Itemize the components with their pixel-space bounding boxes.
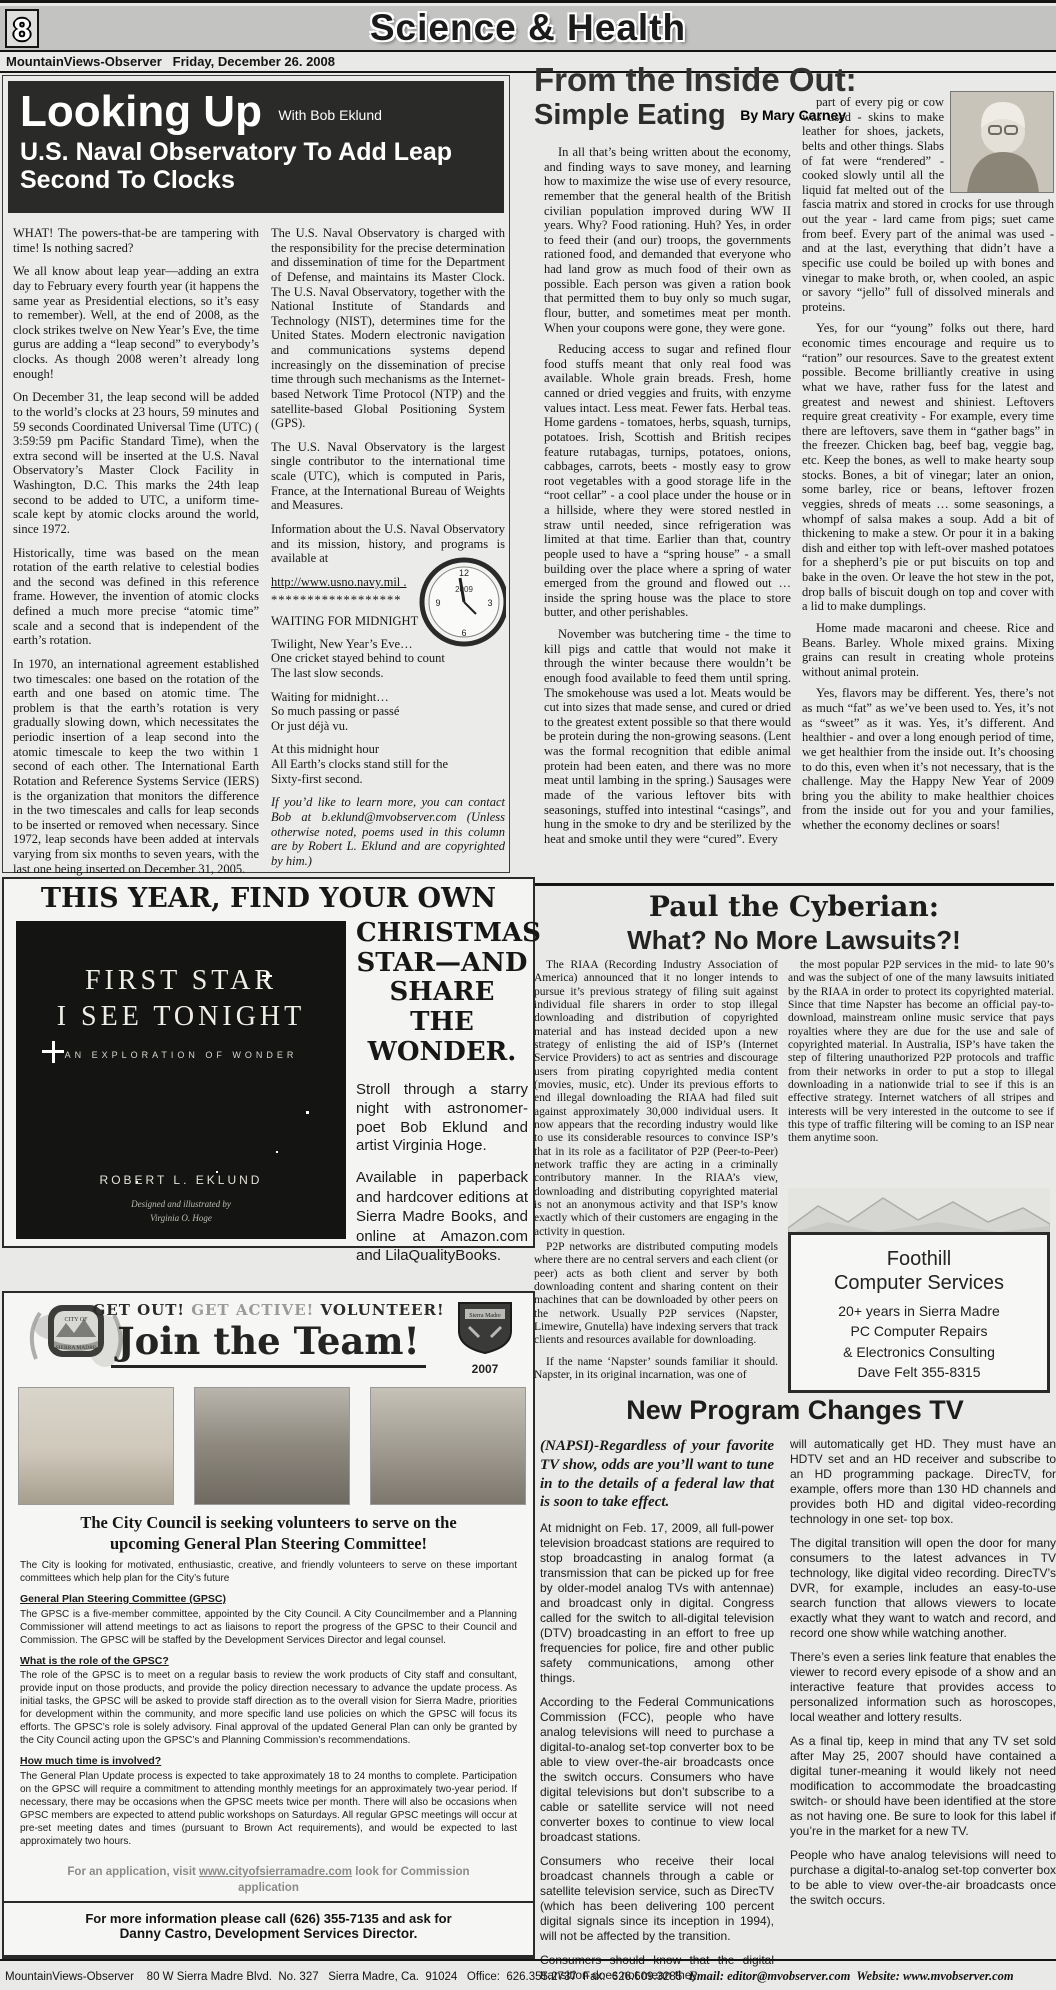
badge-year: 2007 xyxy=(449,1362,521,1376)
ad-headline-line: SHARE THE xyxy=(356,978,528,1037)
ad-text-line: PC Computer Repairs xyxy=(791,1321,1047,1341)
article-headline: U.S. Naval Observatory To Add Leap Secon… xyxy=(20,139,494,194)
article-paragraph: People who have analog televisions will … xyxy=(790,1848,1056,1908)
footer-website-link[interactable]: Website: www.mvobserver.com xyxy=(856,1969,1013,1983)
article-headline: What? No More Lawsuits?! xyxy=(534,925,1054,956)
article-paragraph: Home made macaroni and cheese. Rice and … xyxy=(802,621,1054,680)
banner-get-active: GET ACTIVE! xyxy=(185,1301,320,1319)
book-author: ROBERT L. EKLUND xyxy=(16,1173,346,1187)
ad-headline-line: WONDER. xyxy=(356,1038,528,1068)
article-paragraph: On December 31, the leap second will be … xyxy=(13,390,259,536)
book-credit-line2: Virginia O. Hoge xyxy=(16,1212,346,1226)
ad-headline-rest: CHRISTMASSTAR—ANDSHARE THEWONDER. xyxy=(356,919,528,1067)
poem-stanza-2: Waiting for midnight…So much passing or … xyxy=(271,690,505,734)
role-body: The role of the GPSC is to meet on a reg… xyxy=(20,1669,517,1747)
inside-out-paragraphs: part of every pig or cow was used - skin… xyxy=(802,95,1054,833)
article-paragraph: WHAT! The powers-that-be are tampering w… xyxy=(13,226,259,255)
city-ad-body: The City is looking for motivated, enthu… xyxy=(20,1559,517,1856)
newspaper-page: 8 Science & Health MountainViews-Observe… xyxy=(0,0,1056,1990)
article-paragraph: Consumers who receive their local broadc… xyxy=(540,1854,774,1944)
footer-address: MountainViews-Observer 80 W Sierra Madre… xyxy=(5,1971,689,1983)
park-trees-photo xyxy=(370,1387,526,1505)
poem-line: All Earth’s clocks stand still for the xyxy=(271,757,505,772)
article-paragraph: There’s even a series link feature that … xyxy=(790,1650,1056,1725)
book-title-line1: FIRST STAR xyxy=(16,963,346,999)
book-credit: Designed and illustrated by Virginia O. … xyxy=(16,1198,346,1225)
ad-text-line: & Electronics Consulting xyxy=(791,1342,1047,1362)
article-paragraph: According to the Federal Communications … xyxy=(540,1695,774,1845)
article-paragraph: Yes, for our “young” folks out there, ha… xyxy=(802,321,1054,614)
column-byline: With Bob Eklund xyxy=(278,107,382,123)
article-paragraph: The U.S. Naval Observatory is charged wi… xyxy=(271,226,505,431)
article-paragraph: We all know about leap year—adding an ex… xyxy=(13,264,259,381)
article-paragraph: The digital transition will open the doo… xyxy=(790,1536,1056,1641)
foothill-ad-lines: 20+ years in Sierra MadrePC Computer Rep… xyxy=(791,1301,1047,1382)
ad-text-line: 20+ years in Sierra Madre xyxy=(791,1301,1047,1321)
svg-text:12: 12 xyxy=(459,568,469,578)
sierra-madre-badge: Sierra Madre 2007 xyxy=(449,1297,521,1381)
time-body: The General Plan Update process is expec… xyxy=(20,1770,517,1848)
foothill-computer-services-ad[interactable]: Foothill Computer Services 20+ years in … xyxy=(788,1188,1050,1393)
article-paragraph: The U.S. Naval Observatory is the larges… xyxy=(271,440,505,513)
city-ad-headline-line2: upcoming General Plan Steering Committee… xyxy=(4,1534,533,1555)
article-paragraph: P2P networks are distributed computing m… xyxy=(534,1241,778,1348)
article-paragraph: If the name ‘Napster’ sounds familiar it… xyxy=(534,1356,778,1383)
usno-url-link[interactable]: http://www.usno.navy.mil . xyxy=(271,575,421,590)
column-title: Paul the Cyberian: xyxy=(534,890,1054,923)
article-paragraph: In 1970, an international agreement esta… xyxy=(13,657,259,876)
svg-text:3: 3 xyxy=(487,598,492,608)
clock-2009-image: 12 3 6 9 2009 xyxy=(418,554,506,650)
book-ad-right-column: CHRISTMASSTAR—ANDSHARE THEWONDER. Stroll… xyxy=(356,919,528,1266)
mountain-sketch-image xyxy=(788,1188,1050,1236)
city-ad-intro: The City is looking for motivated, enthu… xyxy=(20,1559,517,1585)
article-from-the-inside-out: From the Inside Out: Simple Eating By Ma… xyxy=(534,61,1054,887)
poem-line: Waiting for midnight… xyxy=(271,690,505,705)
ad-text-line: Dave Felt 355-8315 xyxy=(791,1362,1047,1382)
city-hall-photo xyxy=(18,1387,174,1505)
looking-up-column-2: The U.S. Naval Observatory is charged wi… xyxy=(271,226,505,868)
article-lede: (NAPSI)-Regardless of your favorite TV s… xyxy=(540,1437,774,1512)
application-prefix: For an application, visit xyxy=(67,1866,199,1878)
banner-get-out: GET OUT! xyxy=(92,1301,185,1319)
ad-headline-line: CHRISTMAS xyxy=(356,919,528,949)
masthead-dateline: MountainViews-Observer Friday, December … xyxy=(6,54,335,69)
city-volunteer-ad: CITY OF SIERRA MADRE GET OUT! GET ACTIVE… xyxy=(2,1291,535,1959)
cyberian-column-2: the most popular P2P services in the mid… xyxy=(788,959,1054,1146)
inside-out-column-2: part of every pig or cow was used - skin… xyxy=(802,95,1054,840)
gpsc-body: The GPSC is a five-member committee, app… xyxy=(20,1608,517,1647)
book-tagline: AN EXPLORATION OF WONDER xyxy=(16,1050,346,1060)
poem-line: So much passing or passé xyxy=(271,704,505,719)
clock-year-label: 2009 xyxy=(455,585,473,594)
role-heading: What is the role of the GPSC? xyxy=(20,1655,517,1669)
ad-body-2: Available in paperback and hardcover edi… xyxy=(356,1168,528,1266)
inside-out-column-1: In all that’s being written about the ec… xyxy=(544,145,791,853)
tv-column-1: (NAPSI)-Regardless of your favorite TV s… xyxy=(540,1437,774,1990)
ad-headline-top: THIS YEAR, FIND YOUR OWN xyxy=(4,883,533,914)
banner-volunteer: VOLUNTEER! xyxy=(320,1301,444,1319)
ad-body-1: Stroll through a starry night with astro… xyxy=(356,1081,528,1156)
info-line-1: For more information please call (626) 3… xyxy=(4,1911,533,1926)
time-heading: How much time is involved? xyxy=(20,1755,517,1769)
contact-info-box: For more information please call (626) 3… xyxy=(2,1901,535,1957)
section-header-bar: 8 Science & Health xyxy=(0,6,1056,52)
article-paragraph: Historically, time was based on the mean… xyxy=(13,546,259,648)
poem-stanza-3: At this midnight hourAll Earth’s clocks … xyxy=(271,742,505,786)
article-paragraph: At midnight on Feb. 17, 2009, all full-p… xyxy=(540,1521,774,1686)
article-paragraph: will automatically get HD. They must hav… xyxy=(790,1437,1056,1527)
christmas-star-book-ad[interactable]: THIS YEAR, FIND YOUR OWN FIRST STAR I SE… xyxy=(2,877,535,1248)
article-new-program-changes-tv: New Program Changes TV (NAPSI)-Regardles… xyxy=(534,1395,1056,1955)
article-headline: New Program Changes TV xyxy=(534,1395,1056,1426)
column-title: Looking Up xyxy=(20,87,262,137)
section-divider-rule xyxy=(534,883,1054,886)
application-instructions: For an application, visit www.cityofsier… xyxy=(4,1865,533,1896)
article-paul-the-cyberian: Paul the Cyberian: What? No More Lawsuit… xyxy=(534,883,1054,956)
poem-line: One cricket stayed behind to count xyxy=(271,651,505,666)
svg-text:9: 9 xyxy=(435,598,440,608)
article-paragraph: The RIAA (Recording Industry Association… xyxy=(534,959,778,1239)
gpsc-heading: General Plan Steering Committee (GPSC) xyxy=(20,1593,517,1607)
poem-line: Or just déjà vu. xyxy=(271,719,505,734)
article-paragraph: Yes, flavors may be different. Yes, ther… xyxy=(802,686,1054,832)
info-line-2: Danny Castro, Development Services Direc… xyxy=(4,1926,533,1941)
join-the-team-text: Join the Team! xyxy=(111,1319,426,1368)
city-photos-row xyxy=(18,1387,523,1505)
looking-up-column-1: WHAT! The powers-that-be are tampering w… xyxy=(13,226,259,885)
footer: MountainViews-Observer 80 W Sierra Madre… xyxy=(5,1969,1055,1984)
section-title: Science & Health xyxy=(0,7,1056,49)
footer-email-link[interactable]: Email: editor@mvobserver.com xyxy=(689,1969,857,1983)
street-scene-photo xyxy=(194,1387,350,1505)
city-ad-headline: The City Council is seeking volunteers t… xyxy=(4,1513,533,1554)
foothill-ad-box: Foothill Computer Services 20+ years in … xyxy=(788,1232,1050,1393)
ad-headline-line: STAR—AND xyxy=(356,949,528,979)
poem-line: Sixty-first second. xyxy=(271,772,505,787)
svg-text:6: 6 xyxy=(461,628,466,638)
book-title-line2: I SEE TONIGHT xyxy=(16,999,346,1035)
article-paragraph: November was butchering time - the time … xyxy=(544,627,791,846)
article-looking-up: Looking Up With Bob Eklund U.S. Naval Ob… xyxy=(2,75,510,873)
tv-column-2: will automatically get HD. They must hav… xyxy=(790,1437,1056,1917)
city-website-link[interactable]: www.cityofsierramadre.com xyxy=(199,1866,352,1878)
poem-line: At this midnight hour xyxy=(271,742,505,757)
business-name-line1: Foothill xyxy=(791,1247,1047,1271)
article-paragraph: In all that’s being written about the ec… xyxy=(544,145,791,335)
business-name-line2: Computer Services xyxy=(791,1271,1047,1295)
poem-line: The last slow seconds. xyxy=(271,666,505,681)
contact-note: If you’d like to learn more, you can con… xyxy=(271,795,505,868)
article-paragraph: As a final tip, keep in mind that any TV… xyxy=(790,1734,1056,1839)
tv-col1-paragraphs: At midnight on Feb. 17, 2009, all full-p… xyxy=(540,1521,774,1983)
author-photo xyxy=(950,91,1054,193)
article-paragraph: Reducing access to sugar and refined flo… xyxy=(544,342,791,620)
svg-text:Sierra Madre: Sierra Madre xyxy=(469,1313,501,1319)
city-ad-headline-line1: The City Council is seeking volunteers t… xyxy=(4,1513,533,1534)
article-subtitle: Simple Eating xyxy=(534,99,726,132)
footer-rule xyxy=(0,1959,1056,1961)
book-title: FIRST STAR I SEE TONIGHT xyxy=(16,963,346,1036)
looking-up-header: Looking Up With Bob Eklund U.S. Naval Ob… xyxy=(8,81,504,213)
book-cover-image: FIRST STAR I SEE TONIGHT AN EXPLORATION … xyxy=(16,921,346,1239)
book-credit-line1: Designed and illustrated by xyxy=(16,1198,346,1212)
info-paragraphs: The U.S. Naval Observatory is charged wi… xyxy=(271,226,505,566)
sierra-madre-shield-icon: Sierra Madre xyxy=(455,1297,515,1355)
application-line2: application xyxy=(4,1881,533,1897)
cyberian-column-1: The RIAA (Recording Industry Association… xyxy=(534,959,778,1382)
article-paragraph: the most popular P2P services in the mid… xyxy=(788,959,1054,1146)
application-suffix: look for Commission xyxy=(352,1866,470,1878)
